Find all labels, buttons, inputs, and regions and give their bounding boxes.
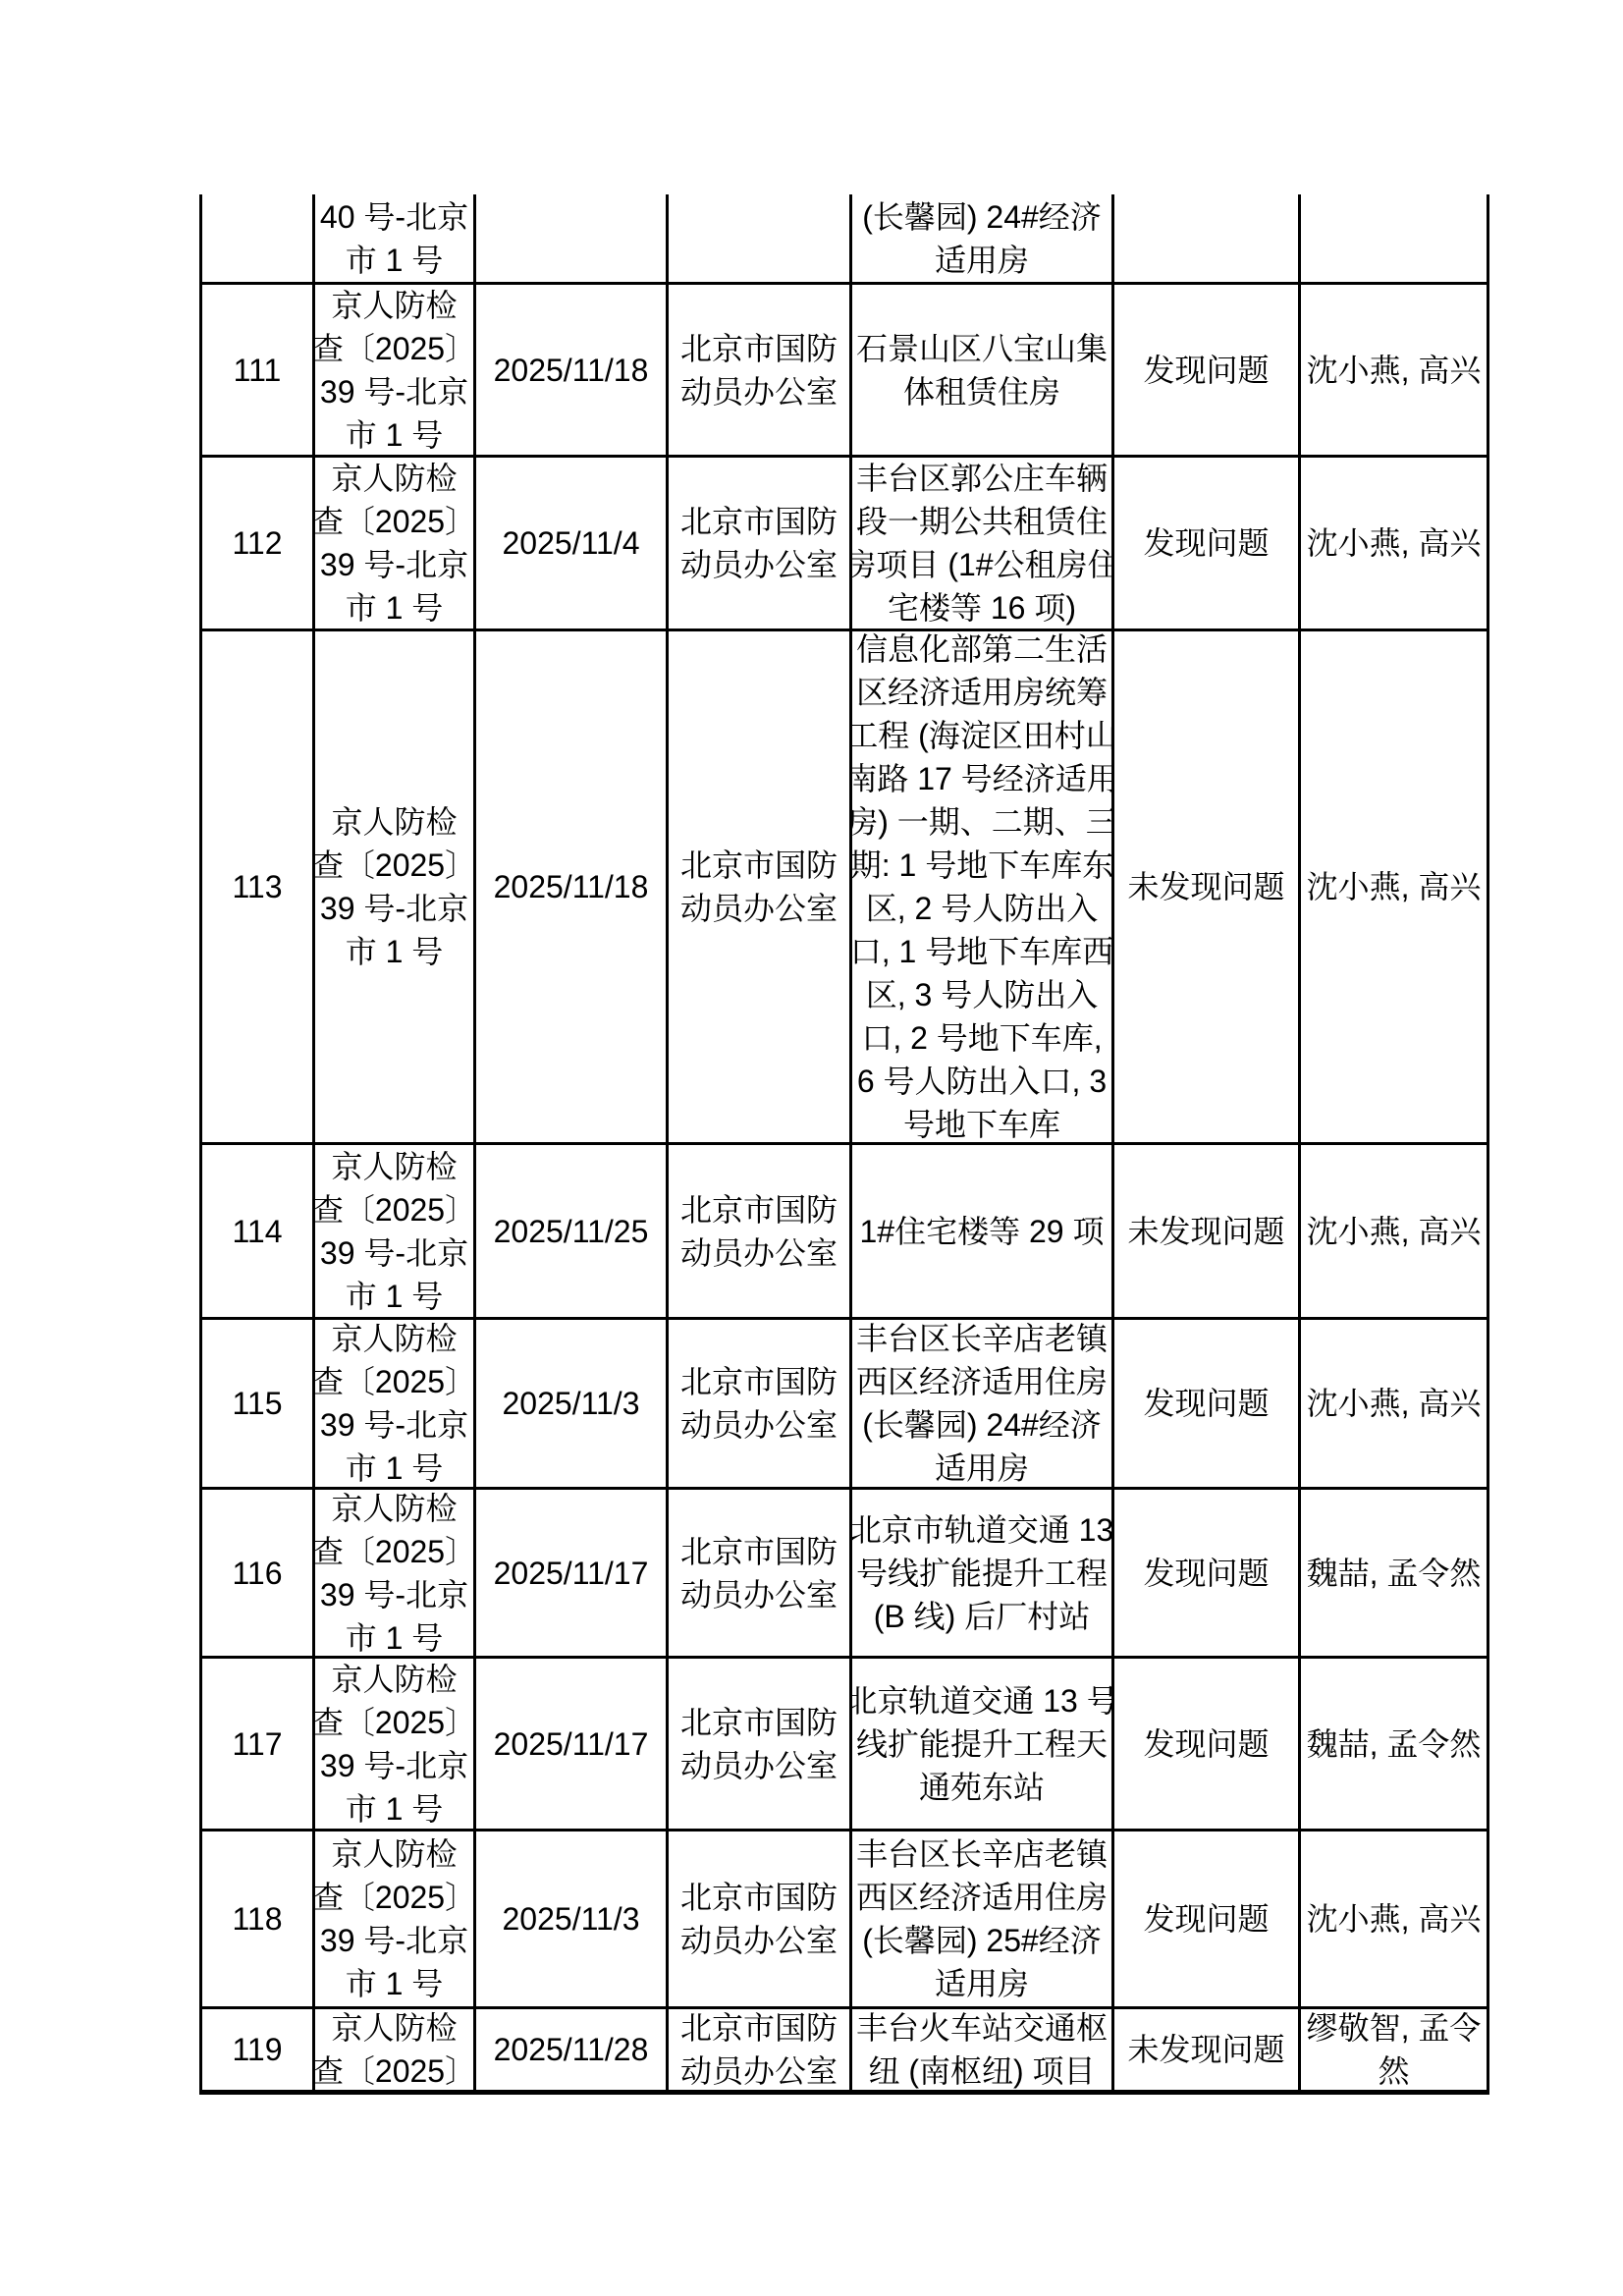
cell-line: 缪敬智, 孟令 [1307, 2009, 1482, 2050]
cell-line: 京人防检 [331, 1490, 457, 1530]
cell-line: 动员办公室 [680, 1231, 838, 1275]
cell-line: 116 [232, 1552, 282, 1595]
cell-line: 市 1 号 [346, 1447, 444, 1487]
cell-112-inspection-date: 2025/11/4 [476, 458, 669, 629]
cell-line: 沈小燕, 高兴 [1307, 1210, 1482, 1253]
cell-line: 西区经济适用住房 [856, 1876, 1108, 1919]
cell-line: 市 1 号 [346, 413, 444, 456]
cell-line: (长馨园) 24#经济 [862, 195, 1102, 239]
cell-line: 39 号-北京 [320, 1573, 468, 1616]
cell-line: 39 号-北京 [320, 1403, 468, 1447]
cell-line: 2025/11/25 [494, 1210, 649, 1253]
cell-line: 体租赁住房 [903, 370, 1060, 413]
cell-line: 未发现问题 [1127, 865, 1284, 908]
cell-line: 区, 3 号人防出入 [866, 973, 1098, 1016]
cell-line: 南路 17 号经济适用 [852, 757, 1114, 800]
cell-line: 39 号-北京 [320, 543, 468, 586]
cell-115-inspection-agency: 北京市国防动员办公室 [669, 1320, 852, 1487]
cell-116-inspectors: 魏喆, 孟令然 [1301, 1490, 1489, 1656]
cell-line: 39 号-北京 [320, 370, 468, 413]
cell-line: 发现问题 [1143, 1382, 1269, 1425]
cell-line: 北京市国防 [680, 2009, 838, 2050]
cell-line: 市 1 号 [346, 1787, 444, 1830]
cell-118-inspection-date: 2025/11/3 [476, 1831, 669, 2006]
cell-line: 纽 (南枢纽) 项目 [868, 2050, 1095, 2090]
cell-112-inspection-agency: 北京市国防动员办公室 [669, 458, 852, 629]
cell-line: 丰台火车站交通枢 [856, 2009, 1108, 2050]
cell-117-project-name: 北京轨道交通 13 号线扩能提升工程天通苑东站 [852, 1659, 1114, 1829]
cell-118-inspectors: 沈小燕, 高兴 [1301, 1831, 1489, 2006]
cell-118-document-number: 京人防检查〔2025〕39 号-北京市 1 号 [315, 1831, 476, 2006]
cell-line: 沈小燕, 高兴 [1307, 1897, 1482, 1941]
cell-110-continuation-project-name: (长馨园) 24#经济适用房 [852, 194, 1114, 282]
cell-line: 信息化部第二生活 [856, 631, 1108, 671]
cell-line: (长馨园) 25#经济 [862, 1919, 1102, 1962]
cell-118-project-name: 丰台区长辛店老镇西区经济适用住房(长馨园) 25#经济适用房 [852, 1831, 1114, 2006]
table-row-119: 119京人防检查〔2025〕2025/11/28北京市国防动员办公室丰台火车站交… [202, 2009, 1489, 2095]
cell-110-continuation-serial-number [202, 194, 315, 282]
cell-line: 市 1 号 [346, 930, 444, 973]
cell-line: 查〔2025〕 [315, 844, 476, 887]
cell-line: 北京市国防 [680, 1876, 838, 1919]
cell-line: 然 [1378, 2050, 1409, 2090]
cell-115-inspectors: 沈小燕, 高兴 [1301, 1320, 1489, 1487]
cell-line: 京人防检 [331, 1832, 457, 1876]
cell-line: 京人防检 [331, 800, 457, 844]
cell-line: 发现问题 [1143, 1897, 1269, 1941]
cell-line: 号地下车库 [903, 1103, 1060, 1142]
cell-line: 119 [232, 2028, 282, 2071]
cell-line: 市 1 号 [346, 586, 444, 629]
cell-line: 号线扩能提升工程 [856, 1552, 1108, 1595]
cell-line: 适用房 [935, 1962, 1029, 2005]
cell-112-inspection-result: 发现问题 [1114, 458, 1301, 629]
cell-line: 动员办公室 [680, 370, 838, 413]
cell-111-inspection-agency: 北京市国防动员办公室 [669, 285, 852, 455]
cell-line: 市 1 号 [346, 1275, 444, 1318]
cell-line: 口, 2 号地下车库, [861, 1016, 1102, 1060]
cell-117-inspection-date: 2025/11/17 [476, 1659, 669, 1829]
cell-110-continuation-inspection-date [476, 194, 669, 282]
cell-line: 40 号-北京 [320, 195, 468, 239]
cell-117-serial-number: 117 [202, 1659, 315, 1829]
cell-line: 北京市国防 [680, 844, 838, 887]
cell-119-inspectors: 缪敬智, 孟令然 [1301, 2009, 1489, 2090]
cell-111-inspectors: 沈小燕, 高兴 [1301, 285, 1489, 455]
cell-line: 查〔2025〕 [315, 2050, 476, 2090]
cell-line: 115 [232, 1382, 282, 1425]
cell-line: 动员办公室 [680, 1573, 838, 1616]
cell-line: 丰台区长辛店老镇 [856, 1320, 1108, 1360]
cell-line: 沈小燕, 高兴 [1307, 1382, 1482, 1425]
table-row-112: 112京人防检查〔2025〕39 号-北京市 1 号2025/11/4北京市国防… [202, 458, 1489, 631]
cell-line: 发现问题 [1143, 349, 1269, 392]
cell-line: 39 号-北京 [320, 887, 468, 930]
cell-line: 段一期公共租赁住 [856, 500, 1108, 543]
cell-line: 丰台区长辛店老镇 [856, 1832, 1108, 1876]
cell-line: 动员办公室 [680, 543, 838, 586]
cell-line: 适用房 [935, 1447, 1029, 1487]
cell-113-document-number: 京人防检查〔2025〕39 号-北京市 1 号 [315, 631, 476, 1142]
cell-114-inspection-date: 2025/11/25 [476, 1145, 669, 1317]
cell-line: 查〔2025〕 [315, 500, 476, 543]
table-row-110-continuation: 40 号-北京市 1 号(长馨园) 24#经济适用房 [202, 194, 1489, 285]
cell-113-inspection-agency: 北京市国防动员办公室 [669, 631, 852, 1142]
cell-line: 未发现问题 [1127, 2028, 1284, 2071]
cell-line: 丰台区郭公庄车辆 [856, 458, 1108, 500]
cell-line: 西区经济适用住房 [856, 1360, 1108, 1403]
cell-line: 2025/11/17 [494, 1722, 649, 1766]
cell-line: 京人防检 [331, 1659, 457, 1701]
cell-line: 北京市轨道交通 13 [852, 1508, 1113, 1552]
cell-110-continuation-inspection-result [1114, 194, 1301, 282]
cell-line: 39 号-北京 [320, 1919, 468, 1962]
cell-line: 北京市国防 [680, 1701, 838, 1744]
cell-111-project-name: 石景山区八宝山集体租赁住房 [852, 285, 1114, 455]
cell-line: 北京市国防 [680, 1360, 838, 1403]
cell-119-serial-number: 119 [202, 2009, 315, 2090]
cell-114-serial-number: 114 [202, 1145, 315, 1317]
cell-116-serial-number: 116 [202, 1490, 315, 1656]
cell-117-inspection-agency: 北京市国防动员办公室 [669, 1659, 852, 1829]
cell-112-inspectors: 沈小燕, 高兴 [1301, 458, 1489, 629]
cell-119-document-number: 京人防检查〔2025〕 [315, 2009, 476, 2090]
cell-line: (长馨园) 24#经济 [862, 1403, 1102, 1447]
cell-line: 动员办公室 [680, 2050, 838, 2090]
cell-line: 查〔2025〕 [315, 1360, 476, 1403]
cell-line: 线扩能提升工程天 [856, 1722, 1108, 1766]
cell-116-inspection-date: 2025/11/17 [476, 1490, 669, 1656]
cell-110-continuation-document-number: 40 号-北京市 1 号 [315, 194, 476, 282]
cell-line: 口, 1 号地下车库西 [852, 930, 1113, 973]
cell-line: 2025/11/3 [503, 1382, 640, 1425]
cell-110-continuation-inspection-agency [669, 194, 852, 282]
cell-115-project-name: 丰台区长辛店老镇西区经济适用住房(长馨园) 24#经济适用房 [852, 1320, 1114, 1487]
cell-113-serial-number: 113 [202, 631, 315, 1142]
table-row-113: 113京人防检查〔2025〕39 号-北京市 1 号2025/11/18北京市国… [202, 631, 1489, 1145]
cell-line: 通苑东站 [919, 1766, 1045, 1809]
cell-line: 2025/11/4 [503, 521, 640, 565]
table-row-111: 111京人防检查〔2025〕39 号-北京市 1 号2025/11/18北京市国… [202, 285, 1489, 458]
cell-line: 2025/11/17 [494, 1552, 649, 1595]
cell-112-project-name: 丰台区郭公庄车辆段一期公共租赁住房项目 (1#公租房住宅楼等 16 项) [852, 458, 1114, 629]
cell-line: 发现问题 [1143, 521, 1269, 565]
table-row-117: 117京人防检查〔2025〕39 号-北京市 1 号2025/11/17北京市国… [202, 1659, 1489, 1831]
cell-line: 2025/11/18 [494, 349, 649, 392]
cell-111-serial-number: 111 [202, 285, 315, 455]
cell-111-inspection-date: 2025/11/18 [476, 285, 669, 455]
cell-line: 京人防检 [331, 285, 457, 327]
cell-117-inspectors: 魏喆, 孟令然 [1301, 1659, 1489, 1829]
cell-118-inspection-result: 发现问题 [1114, 1831, 1301, 2006]
cell-line: 市 1 号 [346, 239, 444, 282]
cell-111-document-number: 京人防检查〔2025〕39 号-北京市 1 号 [315, 285, 476, 455]
cell-116-inspection-agency: 北京市国防动员办公室 [669, 1490, 852, 1656]
cell-line: 房) 一期、二期、三 [852, 800, 1114, 844]
cell-line: 房项目 (1#公租房住 [852, 543, 1114, 586]
cell-line: 动员办公室 [680, 1744, 838, 1787]
cell-111-inspection-result: 发现问题 [1114, 285, 1301, 455]
cell-113-inspection-result: 未发现问题 [1114, 631, 1301, 1142]
table-row-114: 114京人防检查〔2025〕39 号-北京市 1 号2025/11/25北京市国… [202, 1145, 1489, 1320]
cell-line: 114 [232, 1210, 282, 1253]
cell-116-project-name: 北京市轨道交通 13号线扩能提升工程(B 线) 后厂村站 [852, 1490, 1114, 1656]
cell-115-document-number: 京人防检查〔2025〕39 号-北京市 1 号 [315, 1320, 476, 1487]
cell-line: 市 1 号 [346, 1616, 444, 1657]
cell-line: 39 号-北京 [320, 1231, 468, 1275]
document-page: 40 号-北京市 1 号(长馨园) 24#经济适用房111京人防检查〔2025〕… [0, 0, 1623, 2296]
cell-line: 沈小燕, 高兴 [1307, 521, 1482, 565]
cell-line: 2025/11/18 [494, 865, 649, 908]
cell-117-inspection-result: 发现问题 [1114, 1659, 1301, 1829]
cell-line: 查〔2025〕 [315, 1188, 476, 1231]
cell-line: 区经济适用房统筹 [856, 671, 1108, 714]
cell-line: 动员办公室 [680, 1403, 838, 1447]
cell-line: 2025/11/3 [503, 1897, 640, 1941]
cell-118-inspection-agency: 北京市国防动员办公室 [669, 1831, 852, 2006]
cell-line: 111 [234, 349, 282, 392]
cell-112-document-number: 京人防检查〔2025〕39 号-北京市 1 号 [315, 458, 476, 629]
cell-110-continuation-inspectors [1301, 194, 1489, 282]
cell-114-inspection-result: 未发现问题 [1114, 1145, 1301, 1317]
cell-line: 期: 1 号地下车库东 [852, 844, 1113, 887]
cell-line: 117 [232, 1722, 282, 1766]
cell-114-project-name: 1#住宅楼等 29 项 [852, 1145, 1114, 1317]
cell-115-inspection-result: 发现问题 [1114, 1320, 1301, 1487]
cell-line: 工程 (海淀区田村山 [852, 714, 1114, 757]
cell-line: 查〔2025〕 [315, 1530, 476, 1573]
cell-line: 北京市国防 [680, 1188, 838, 1231]
cell-line: 6 号人防出入口, 3 [857, 1060, 1107, 1103]
table-row-116: 116京人防检查〔2025〕39 号-北京市 1 号2025/11/17北京市国… [202, 1490, 1489, 1659]
cell-line: (B 线) 后厂村站 [874, 1595, 1090, 1638]
cell-116-inspection-result: 发现问题 [1114, 1490, 1301, 1656]
cell-115-inspection-date: 2025/11/3 [476, 1320, 669, 1487]
cell-116-document-number: 京人防检查〔2025〕39 号-北京市 1 号 [315, 1490, 476, 1656]
cell-line: 京人防检 [331, 2009, 457, 2050]
cell-line: 查〔2025〕 [315, 1701, 476, 1744]
cell-line: 查〔2025〕 [315, 1876, 476, 1919]
cell-114-inspection-agency: 北京市国防动员办公室 [669, 1145, 852, 1317]
cell-line: 动员办公室 [680, 1919, 838, 1962]
cell-line: 京人防检 [331, 458, 457, 500]
cell-line: 北京轨道交通 13 号 [852, 1679, 1114, 1722]
cell-line: 1#住宅楼等 29 项 [860, 1210, 1105, 1253]
cell-line: 京人防检 [331, 1145, 457, 1188]
cell-117-document-number: 京人防检查〔2025〕39 号-北京市 1 号 [315, 1659, 476, 1829]
inspection-records-table: 40 号-北京市 1 号(长馨园) 24#经济适用房111京人防检查〔2025〕… [199, 194, 1489, 2095]
cell-115-serial-number: 115 [202, 1320, 315, 1487]
cell-line: 未发现问题 [1127, 1210, 1284, 1253]
cell-line: 北京市国防 [680, 327, 838, 370]
cell-line: 京人防检 [331, 1320, 457, 1360]
cell-line: 沈小燕, 高兴 [1307, 349, 1482, 392]
cell-line: 市 1 号 [346, 1962, 444, 2005]
cell-line: 动员办公室 [680, 887, 838, 930]
cell-114-document-number: 京人防检查〔2025〕39 号-北京市 1 号 [315, 1145, 476, 1317]
table-row-115: 115京人防检查〔2025〕39 号-北京市 1 号2025/11/3北京市国防… [202, 1320, 1489, 1490]
cell-119-inspection-agency: 北京市国防动员办公室 [669, 2009, 852, 2090]
cell-line: 2025/11/28 [494, 2028, 649, 2071]
cell-line: 发现问题 [1143, 1722, 1269, 1766]
cell-114-inspectors: 沈小燕, 高兴 [1301, 1145, 1489, 1317]
cell-line: 魏喆, 孟令然 [1307, 1552, 1482, 1595]
table-row-118: 118京人防检查〔2025〕39 号-北京市 1 号2025/11/3北京市国防… [202, 1831, 1489, 2009]
cell-113-project-name: 信息化部第二生活区经济适用房统筹工程 (海淀区田村山南路 17 号经济适用房) … [852, 631, 1114, 1142]
cell-line: 发现问题 [1143, 1552, 1269, 1595]
cell-112-serial-number: 112 [202, 458, 315, 629]
cell-line: 北京市国防 [680, 1530, 838, 1573]
cell-line: 39 号-北京 [320, 1744, 468, 1787]
cell-113-inspectors: 沈小燕, 高兴 [1301, 631, 1489, 1142]
cell-line: 112 [232, 521, 282, 565]
cell-line: 魏喆, 孟令然 [1307, 1722, 1482, 1766]
cell-line: 宅楼等 16 项) [888, 586, 1076, 629]
cell-line: 适用房 [935, 239, 1029, 282]
cell-line: 113 [232, 865, 282, 908]
cell-119-inspection-date: 2025/11/28 [476, 2009, 669, 2090]
cell-line: 沈小燕, 高兴 [1307, 865, 1482, 908]
cell-line: 石景山区八宝山集 [856, 327, 1108, 370]
cell-113-inspection-date: 2025/11/18 [476, 631, 669, 1142]
cell-118-serial-number: 118 [202, 1831, 315, 2006]
cell-119-inspection-result: 未发现问题 [1114, 2009, 1301, 2090]
cell-line: 北京市国防 [680, 500, 838, 543]
cell-line: 118 [232, 1897, 282, 1941]
cell-line: 区, 2 号人防出入 [866, 887, 1098, 930]
cell-line: 查〔2025〕 [315, 327, 476, 370]
cell-119-project-name: 丰台火车站交通枢纽 (南枢纽) 项目 [852, 2009, 1114, 2090]
